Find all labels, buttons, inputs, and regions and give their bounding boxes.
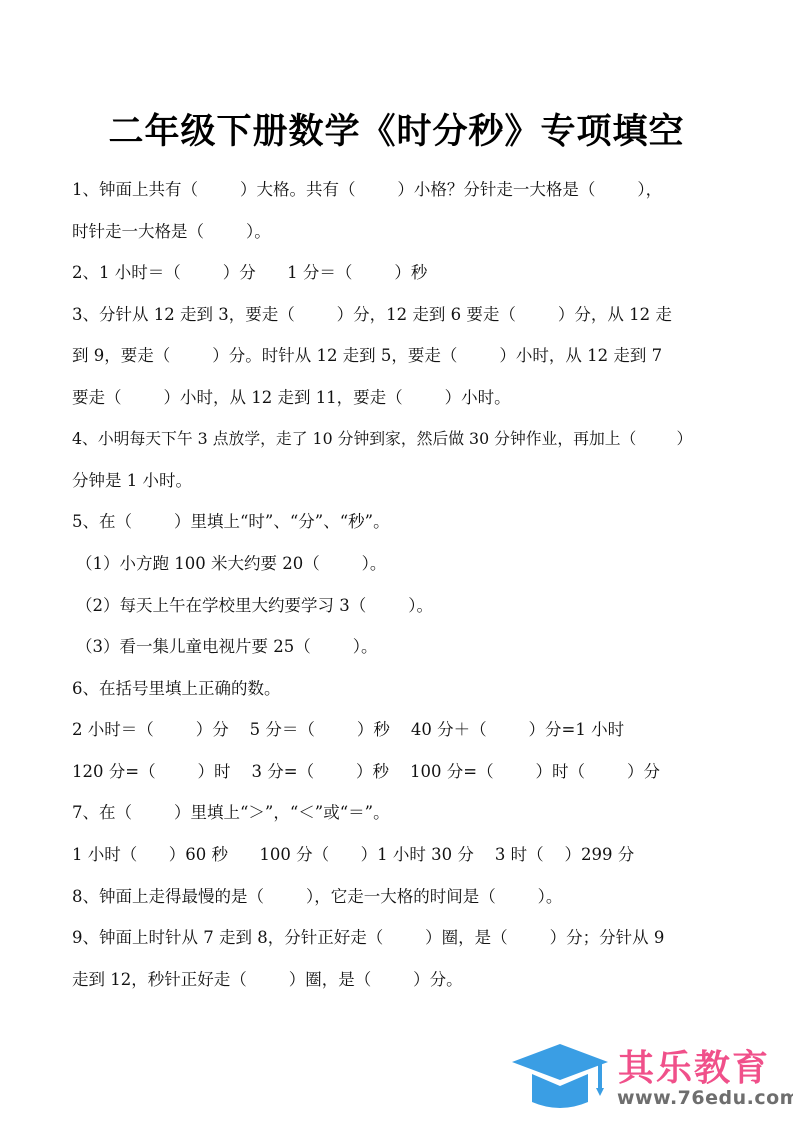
watermark-name: 其乐教育	[618, 1040, 770, 1091]
question-4-line-2: 分钟是 1 小时。	[72, 471, 192, 491]
question-1-line-2: 时针走一大格是（ ）。	[72, 222, 271, 242]
question-3-line-1: 3、分针从 12 走到 3，要走（ ）分，12 走到 6 要走（ ）分，从 12…	[72, 305, 672, 325]
question-5-item-1: （1）小方跑 100 米大约要 20（ ）。	[76, 554, 386, 574]
question-5-item-3: （3）看一集儿童电视片要 25（ ）。	[76, 637, 377, 657]
question-3-line-3: 要走（ ）小时，从 12 走到 11，要走（ ）小时。	[72, 388, 511, 408]
question-4-line-1: 4、小明每天下午 3 点放学，走了 10 分钟到家，然后做 30 分钟作业，再加…	[72, 429, 692, 449]
question-6-row-2: 120 分=（ ）时 3 分=（ ）秒 100 分=（ ）时（ ）分	[72, 762, 660, 782]
question-2: 2、1 小时＝（ ）分 1 分＝（ ）秒	[72, 263, 427, 283]
question-7: 7、在（ ）里填上“＞”，“＜”或“＝”。	[72, 803, 390, 823]
question-9-line-1: 9、钟面上时针从 7 走到 8，分针正好走（ ）圈，是（ ）分；分针从 9	[72, 928, 664, 948]
document-title: 二年级下册数学《时分秒》专项填空	[0, 104, 793, 154]
question-5-item-2: （2）每天上午在学校里大约要学习 3（ ）。	[76, 596, 433, 616]
question-8: 8、钟面上走得最慢的是（ ），它走一大格的时间是（ ）。	[72, 887, 562, 907]
question-3-line-2: 到 9，要走（ ）分。时针从 12 走到 5，要走（ ）小时，从 12 走到 7	[72, 346, 662, 366]
watermark-logo: 其乐教育 www.76edu.com	[510, 1040, 790, 1115]
question-7-row-1: 1 小时（ ）60 秒 100 分（ ）1 小时 30 分 3 时（ ）299 …	[72, 845, 634, 865]
question-6: 6、在括号里填上正确的数。	[72, 679, 281, 699]
watermark-url: www.76edu.com	[617, 1087, 793, 1109]
graduation-cap-icon	[510, 1044, 610, 1114]
question-5: 5、在（ ）里填上“时”、“分”、“秒”。	[72, 512, 390, 532]
question-9-line-2: 走到 12，秒针正好走（ ）圈，是（ ）分。	[72, 970, 463, 990]
question-6-row-1: 2 小时＝（ ）分 5 分＝（ ）秒 40 分＋（ ）分=1 小时	[72, 720, 624, 740]
question-1-line-1: 1、钟面上共有（ ）大格。共有（ ）小格？分针走一大格是（ ），	[72, 180, 662, 200]
